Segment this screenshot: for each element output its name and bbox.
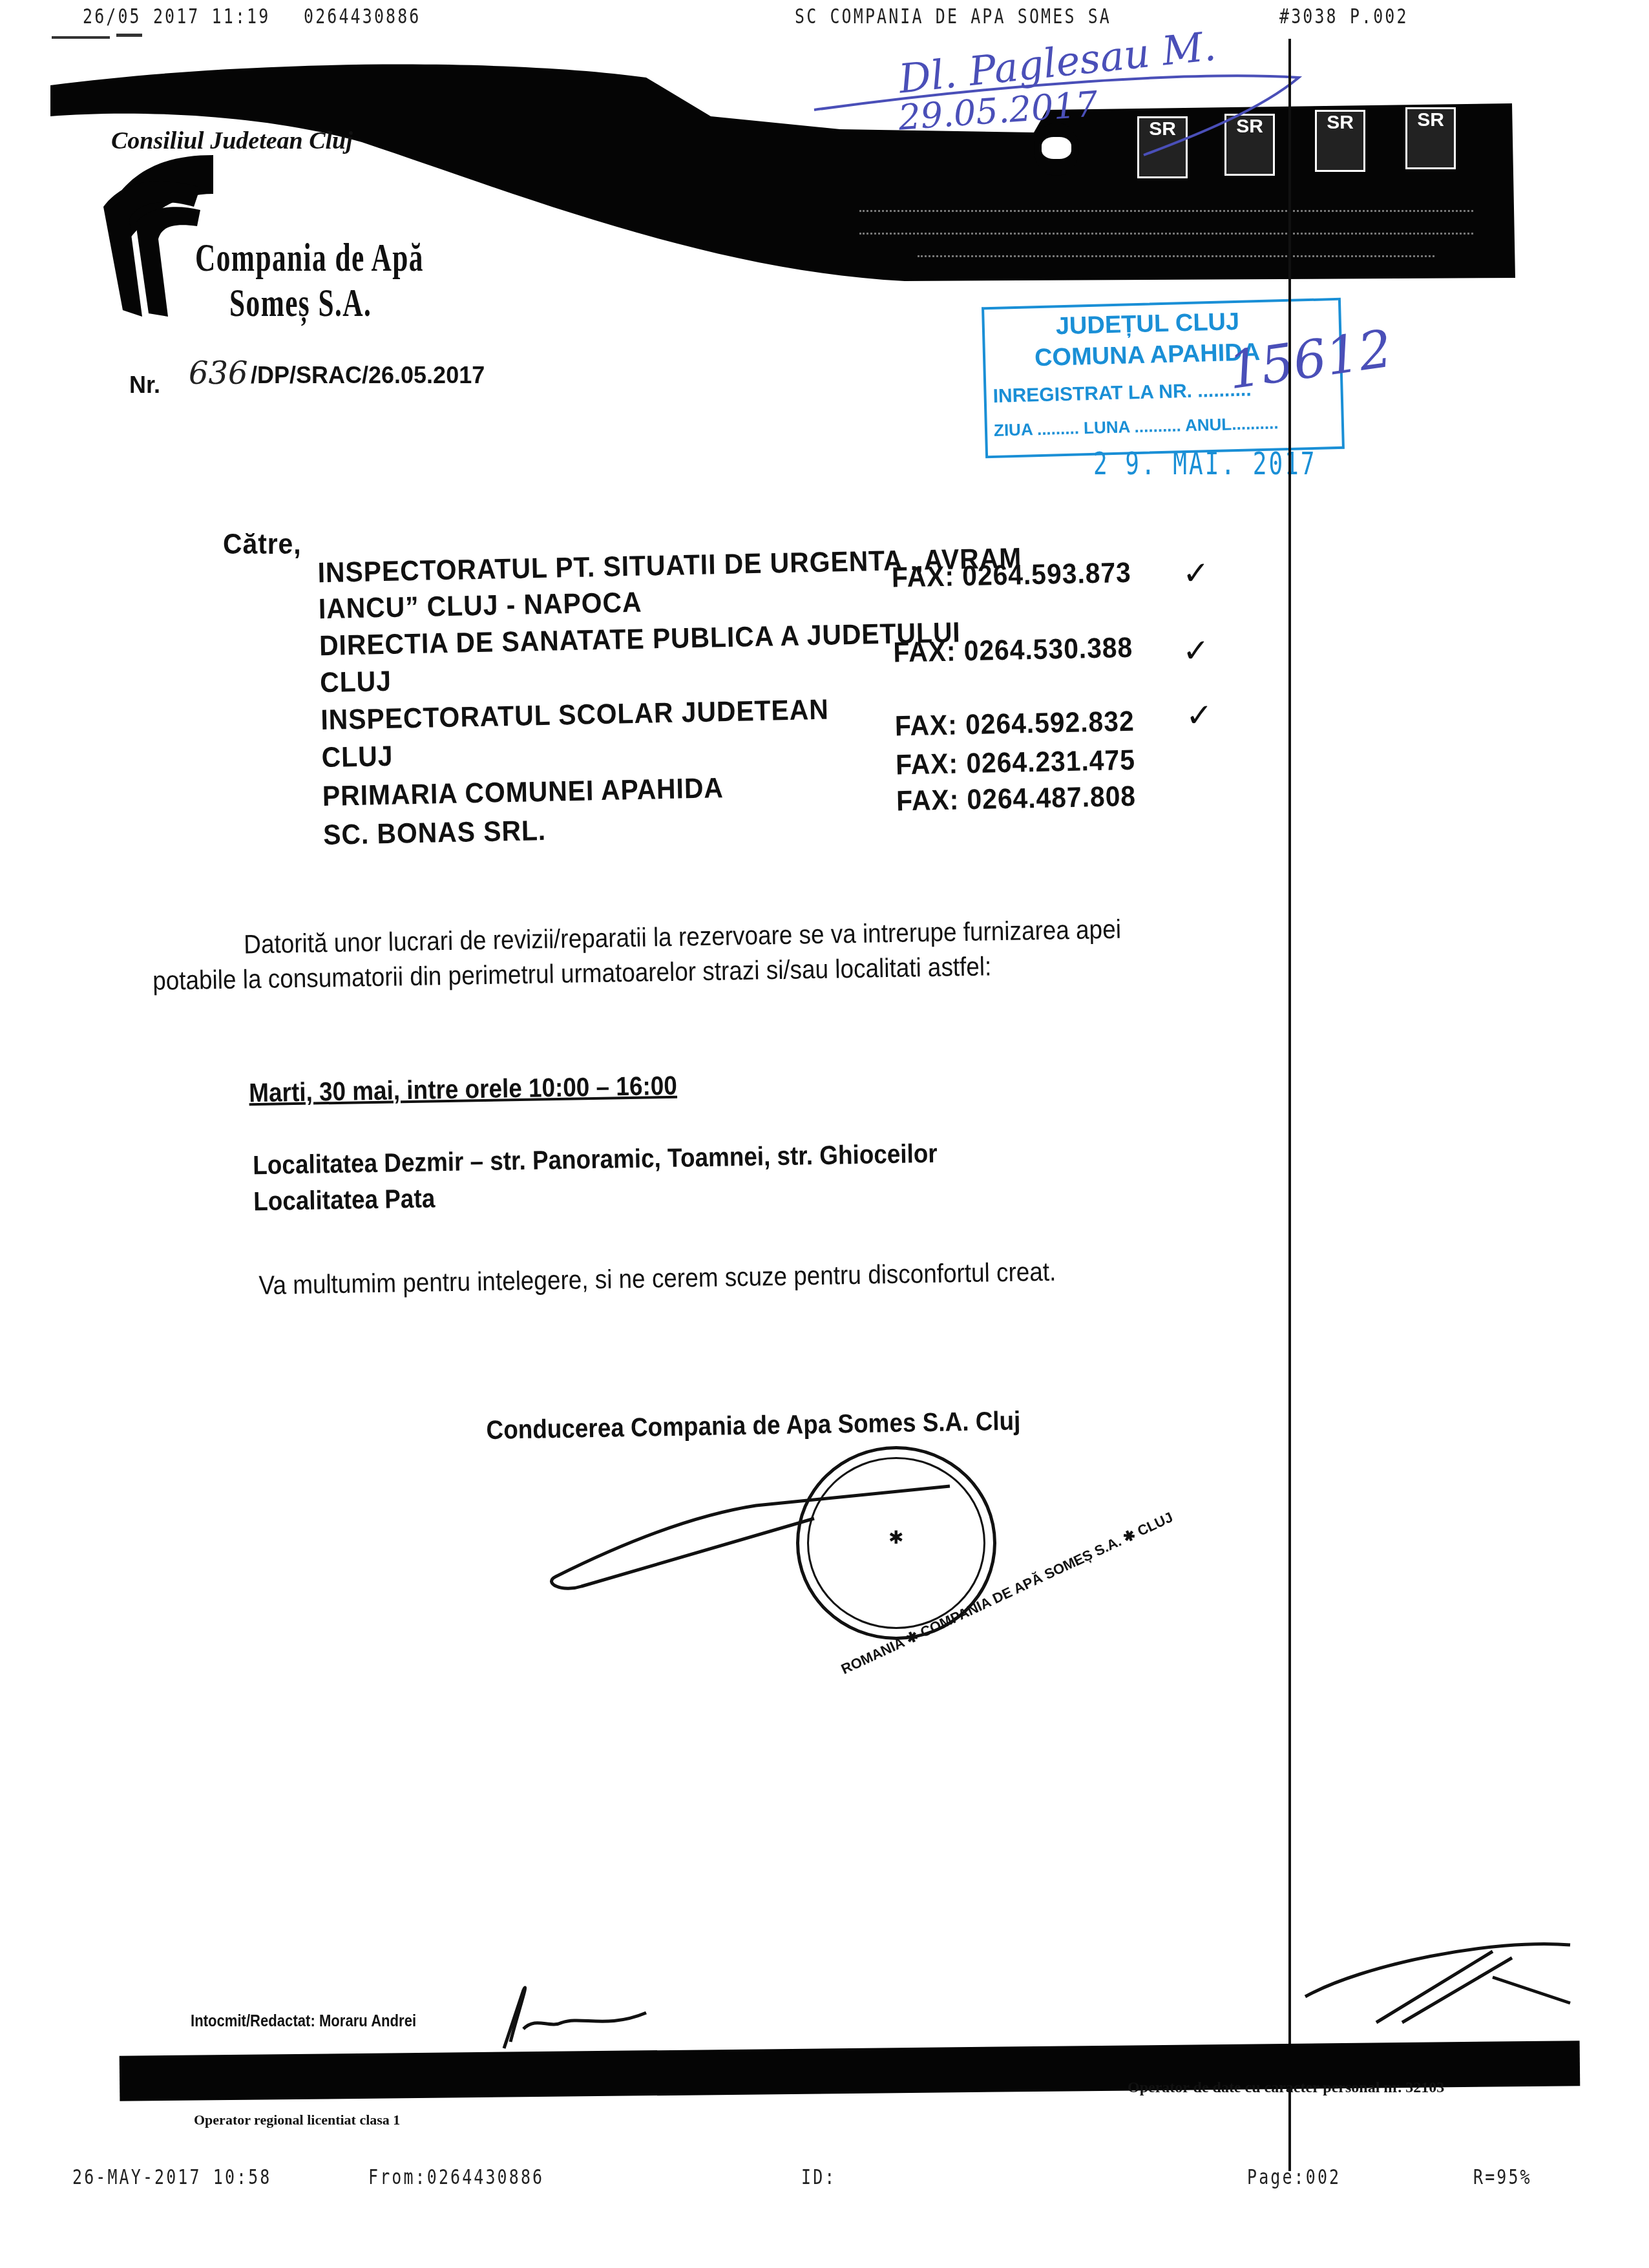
reference-suffix: /DP/SRAC/26.05.2017 <box>251 362 485 389</box>
data-operator-number: Operator de date cu caracter personal nr… <box>1128 2079 1444 2097</box>
fax-footer-id: ID: <box>801 2165 836 2189</box>
seal-center-star-icon: ✱ <box>888 1527 903 1548</box>
recipient-4-name: PRIMARIA COMUNEI APAHIDA <box>322 772 724 813</box>
preparer-signature-icon <box>478 1977 672 2055</box>
company-name-line1: Compania de Apă <box>195 238 424 278</box>
affected-location-2: Localitatea Pata <box>253 1183 436 1217</box>
fax-footer-page: Page:002 <box>1247 2165 1341 2189</box>
company-name-line2: Someș S.A. <box>229 283 372 323</box>
affected-location-1: Localitatea Dezmir – str. Panoramic, Toa… <box>253 1139 938 1181</box>
operator-license: Operator regional licentiat clasa 1 <box>194 2112 400 2128</box>
salutation: Către, <box>223 529 302 561</box>
closing-sentence: Va multumim pentru intelegere, si ne cer… <box>258 1257 1056 1301</box>
manager-signature-icon <box>1299 1938 1583 2035</box>
company-logo-icon <box>97 168 200 317</box>
band-contact-text <box>859 210 1473 221</box>
band-contact-text <box>859 233 1473 244</box>
stamp-date-fields: ZIUA ......... LUNA .......... ANUL.....… <box>994 413 1279 441</box>
recipient-2-city: CLUJ <box>320 666 392 699</box>
fax-footer-datetime: 26-MAY-2017 10:58 <box>72 2165 272 2189</box>
sr-badge-icon: SR <box>1405 107 1456 169</box>
recipient-3-fax: FAX: 0264.592.832 <box>894 706 1135 743</box>
interruption-schedule: Marti, 30 mai, intre orele 10:00 – 16:00 <box>249 1071 677 1109</box>
prepared-by: Intocmit/Redactat: Moraru Andrei <box>191 2011 416 2031</box>
stamp-county: JUDEȚUL CLUJ <box>1055 308 1239 341</box>
fax-footer-ratio: R=95% <box>1473 2165 1532 2189</box>
company-seal: ✱ ROMANIA ✱ COMPANIA DE APĂ SOMEȘ S.A. ✱… <box>796 1446 996 1640</box>
handwritten-strike-icon <box>808 58 1325 168</box>
recipient-4-fax: FAX: 0264.231.475 <box>896 744 1136 782</box>
fax-scan-line <box>1288 39 1291 2171</box>
reference-prefix: Nr. <box>129 372 160 399</box>
stamp-registered-label: INREGISTRAT LA NR. .......... <box>993 379 1252 407</box>
recipient-5-fax: FAX: 0264.487.808 <box>896 781 1137 818</box>
recipient-2-fax: FAX: 0264.530.388 <box>893 632 1133 669</box>
signature-title: Conducerea Compania de Apa Somes S.A. Cl… <box>486 1406 1021 1445</box>
fax-footer-from: From:0264430886 <box>368 2165 544 2189</box>
recipient-3-name: INSPECTORATUL SCOLAR JUDETEAN <box>320 694 829 737</box>
check-icon: ✓ <box>1182 554 1210 592</box>
recipient-5-name: SC. BONAS SRL. <box>323 815 547 852</box>
reference-number: 636 <box>189 355 248 392</box>
recipient-1-fax: FAX: 0264.593.873 <box>892 557 1132 594</box>
check-icon: ✓ <box>1186 697 1213 734</box>
band-contact-text <box>918 255 1434 266</box>
date-received-stamp: 2 9. MAI. 2017 <box>1093 446 1316 482</box>
recipient-3-city: CLUJ <box>321 740 394 774</box>
council-name: Consiliul Judetean Cluj <box>111 127 353 155</box>
recipient-1-city: IANCU” CLUJ - NAPOCA <box>318 587 642 625</box>
check-icon: ✓ <box>1182 632 1210 669</box>
